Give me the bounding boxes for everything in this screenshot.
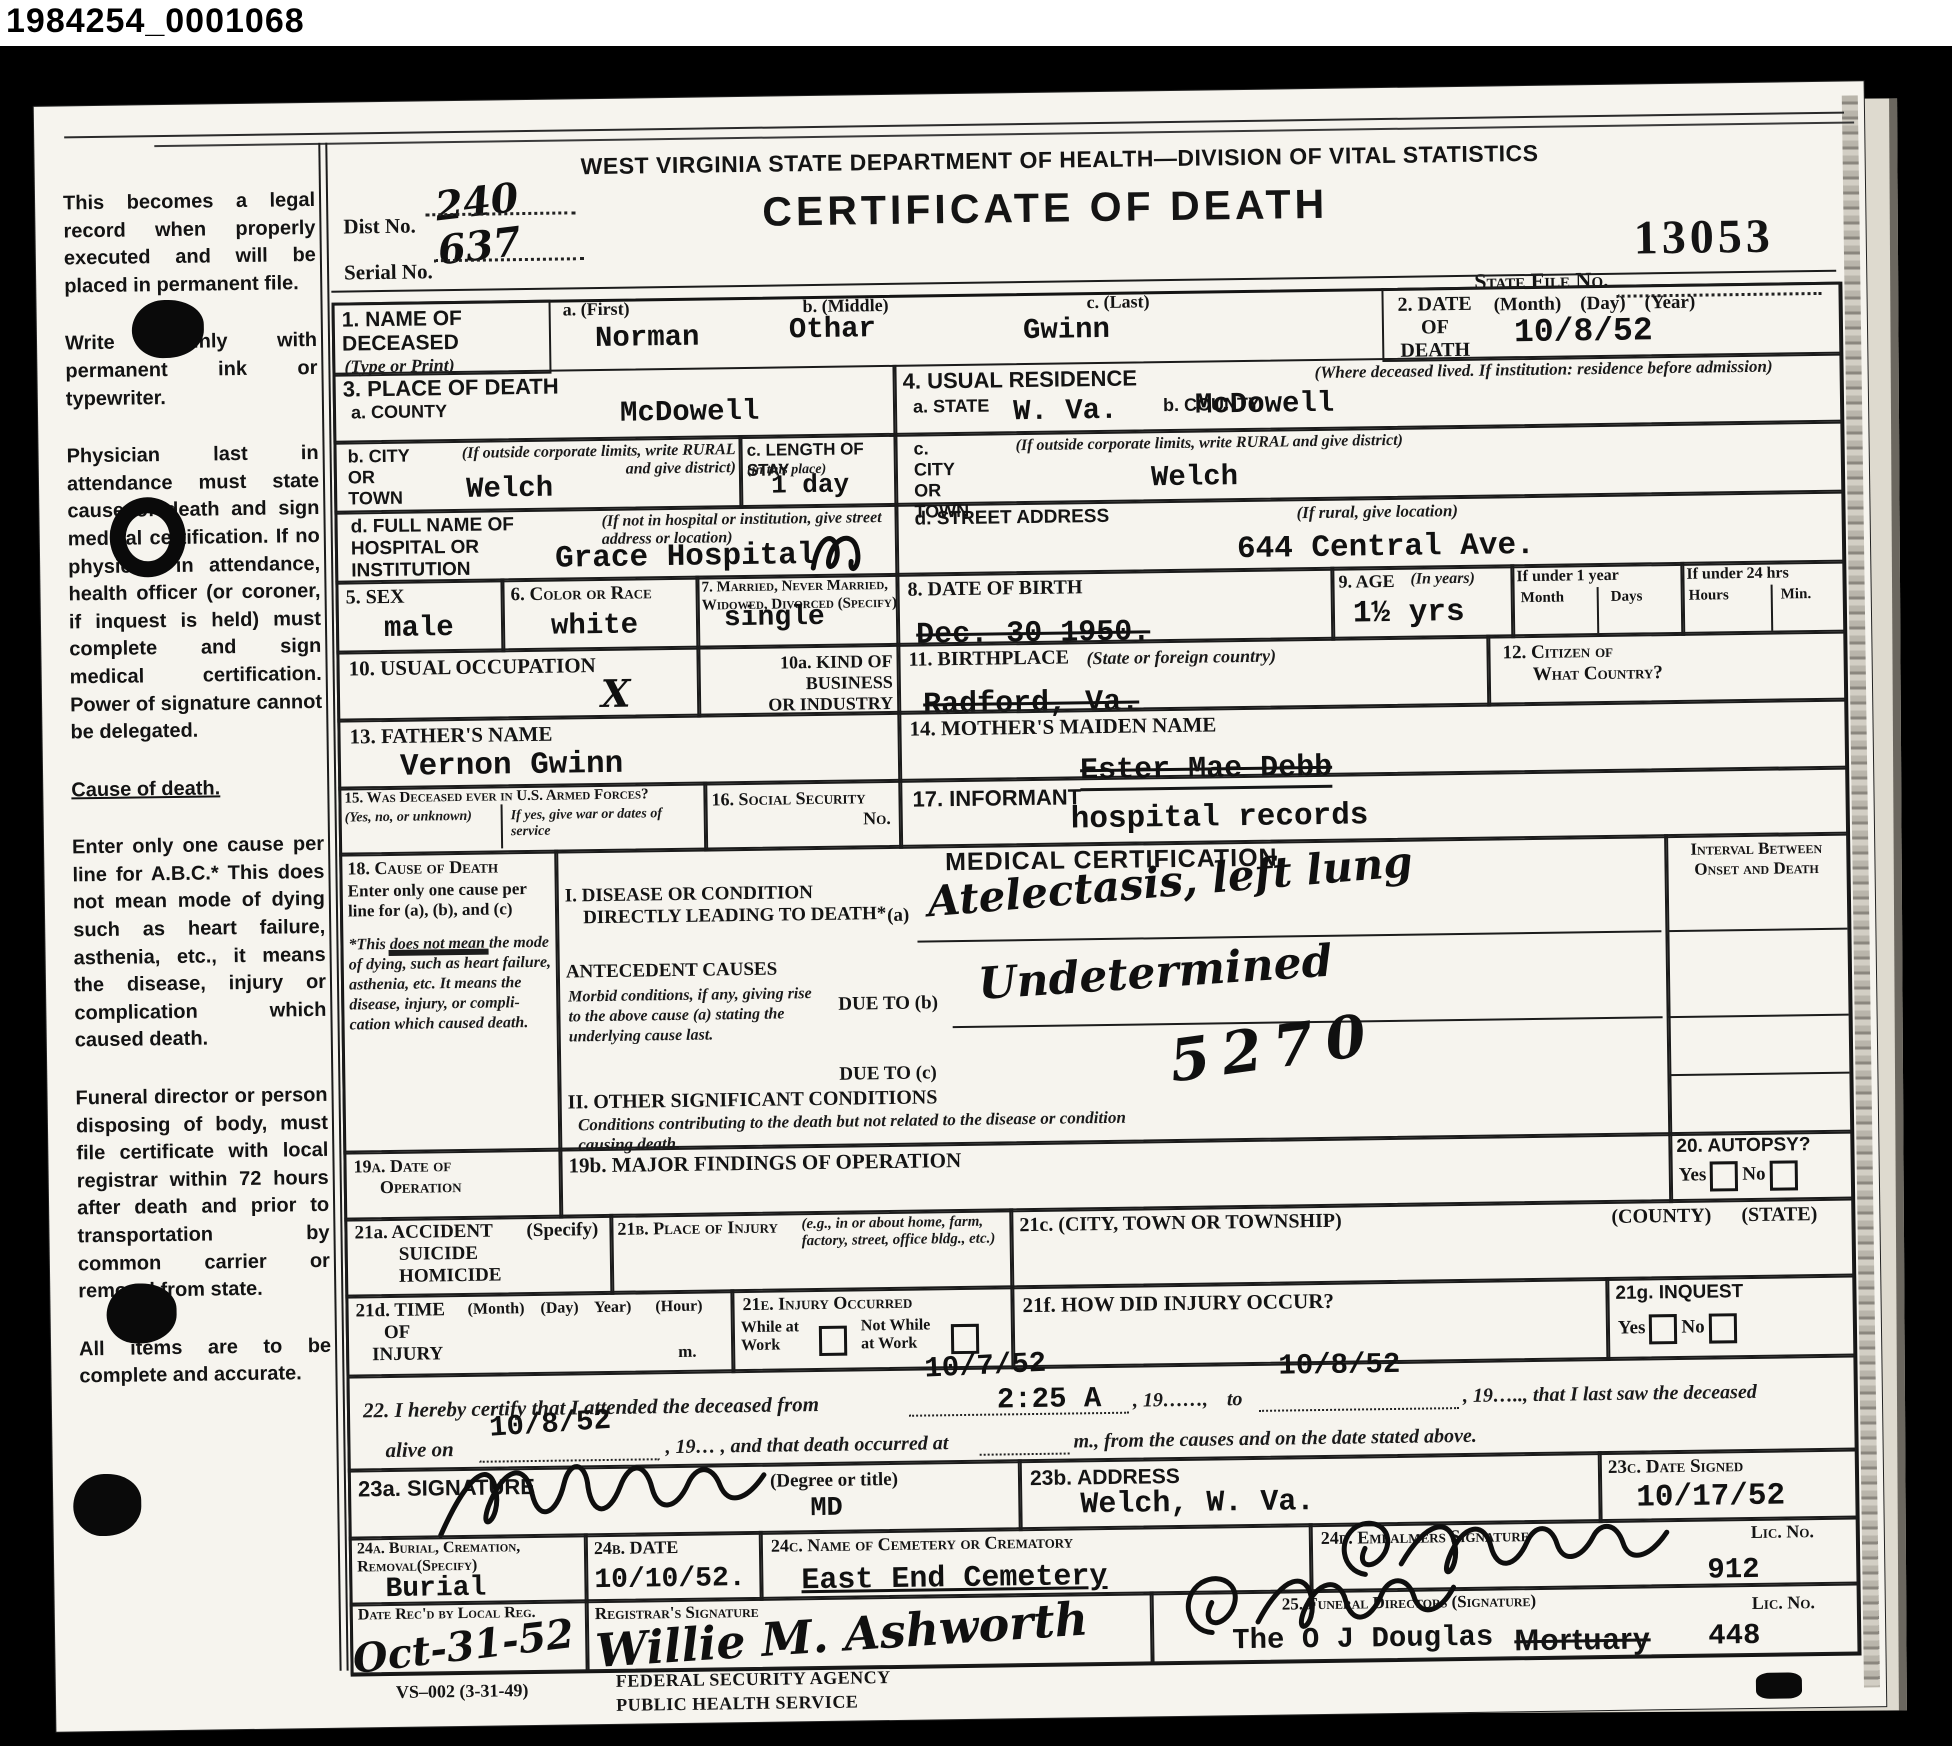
interval-line-a (1667, 928, 1847, 933)
accident-label3: HOMICIDE (399, 1264, 502, 1287)
scan-smudge (1756, 1672, 1802, 1699)
business-label: 10a. KIND OF BUSINESS (698, 645, 899, 696)
pod-county-value: McDowell (620, 395, 760, 430)
armed-forces-note2: If yes, give war or dates of service (511, 806, 701, 841)
scan-id: 1984254_0001068 (6, 2, 305, 41)
funeral-lic-label: Lic. No. (1752, 1592, 1815, 1614)
res-county-value: McDowell (1195, 387, 1335, 422)
place-of-injury-cell: 21b. Place of Injury (e.g., in or about … (609, 1208, 1014, 1295)
occupation-label: 10. USUAL OCCUPATION (348, 653, 595, 681)
time-label2: OF (384, 1322, 411, 1344)
how-injury-label: 21f. HOW DID INJURY OCCUR? (1022, 1289, 1334, 1318)
funeral-home-typed2: Mortuary (1514, 1622, 1651, 1658)
father-value: Vernon Gwinn (400, 747, 624, 785)
time-label3: INJURY (372, 1343, 443, 1366)
disease-label2: DIRECTLY LEADING TO DEATH* (583, 903, 886, 929)
serial-no-label: Serial No. (344, 259, 433, 285)
sex-cell: 5. SEX male (335, 578, 505, 654)
marital-label: 7. Married, Never Married, (701, 577, 888, 597)
cause-note2: *This does not mean the mode of dying, s… (342, 919, 559, 1036)
burial-date-label: 24b. DATE (594, 1537, 679, 1559)
margin-p5: Enter only one cause per line for A.B.C.… (72, 831, 327, 1055)
date-received-cell: Date Rec'd by Local Reg. Oct-31-52 (350, 1599, 590, 1674)
under-24h-label: If under 24 hrs (1686, 564, 1789, 583)
time-label: 21d. TIME (355, 1299, 445, 1322)
armed-forces-cell: 15. Was Deceased ever in U.S. Armed Forc… (338, 782, 708, 857)
scanned-death-certificate-page: 1984254_0001068 This becomes a legal rec… (0, 0, 1952, 1746)
antecedent-note: Morbid conditions, if any, giving rise t… (568, 984, 819, 1047)
accident-cell: 21a. ACCIDENT SUICIDE HOMICIDE (Specify) (344, 1214, 614, 1299)
margin-p7: All items are to be complete and accurat… (79, 1333, 332, 1392)
interval-cell: Interval Between Onset and Death (1664, 832, 1852, 1137)
injury-city-label: 21c. (CITY, TOWN OR TOWNSHIP) (1019, 1210, 1342, 1237)
date-of-death-cell: 2. DATE OF DEATH (Month) (Day) (Year) 10… (1381, 282, 1841, 362)
autopsy-label: 20. AUTOPSY? (1670, 1132, 1850, 1159)
medical-certification-cell: MEDICAL CERTIFICATION I. DISEASE OR COND… (554, 834, 1672, 1152)
subdivider (501, 804, 504, 848)
citizen-label2: What Country? (1489, 660, 1844, 687)
dob-label: 8. DATE OF BIRTH (907, 576, 1082, 601)
dob-cell: 8. DATE OF BIRTH Dec. 30 1950. (895, 567, 1335, 647)
under-24h-hours-label: Hours (1689, 587, 1729, 605)
pen-scribble (805, 523, 886, 576)
father-label: 13. FATHER'S NAME (349, 722, 552, 750)
sex-value: male (384, 611, 454, 645)
certify-to-value: 10/8/52 (1278, 1348, 1400, 1383)
interval-line-c (1669, 1072, 1849, 1077)
autopsy-no-label: No (1742, 1163, 1766, 1184)
name-label: 1. NAME OF DECEASED (334, 302, 550, 357)
first-name-value: Norman (547, 320, 777, 356)
margin-p3: Physician last in attendance must state … (66, 440, 322, 747)
subdivider (1771, 585, 1774, 631)
funeral-lic-value: 448 (1708, 1619, 1761, 1653)
interval-line-b (1669, 1014, 1849, 1019)
mother-value: Ester Mae Debb (1080, 751, 1333, 792)
date-signed-label: 23c. Date Signed (1608, 1455, 1744, 1479)
cause-c-value: 5270 (1165, 1000, 1382, 1096)
cause-label: 18. Cause of Death (341, 852, 556, 880)
armed-forces-note: (Yes, no, or unknown) (345, 809, 472, 827)
degree-value: MD (810, 1494, 843, 1524)
cemetery-label: 24c. Name of Cemetery or Crematory (771, 1531, 1073, 1556)
usual-residence-label: 4. USUAL RESIDENCE (902, 365, 1137, 394)
subdivider (1597, 587, 1600, 633)
certify-alive-value: 10/8/52 (488, 1404, 612, 1445)
street-label: d. STREET ADDRESS (914, 506, 1109, 531)
injury-county-label: (COUNTY) (1611, 1205, 1711, 1229)
street-value: 644 Central Ave. (1237, 528, 1535, 567)
pod-county-label: a. COUNTY (335, 401, 447, 423)
armed-forces-label: 15. Was Deceased ever in U.S. Armed Forc… (344, 786, 648, 807)
footer-agency: FEDERAL SECURITY AGENCY (616, 1667, 891, 1692)
race-label: 6. Color or Race (510, 582, 651, 606)
age-label: 9. AGE (1338, 571, 1394, 593)
embalmer-lic-value: 912 (1707, 1553, 1760, 1587)
sex-label: 5. SEX (345, 586, 404, 610)
cause-of-death-cell: 18. Cause of Death Enter only one cause … (339, 850, 562, 1155)
interval-label2: Onset and Death (1666, 858, 1846, 881)
birthplace-note: (State or foreign country) (1086, 646, 1276, 670)
name-label-cell: 1. NAME OF DECEASED (Type or Print) (332, 300, 552, 377)
while-at-work-label: While at Work (741, 1318, 817, 1355)
operation-date-label2: Operation (346, 1175, 561, 1199)
under-1-year-label: If under 1 year (1516, 567, 1619, 586)
occupation-cell: 10. USUAL OCCUPATION X (336, 646, 701, 723)
marital-cell: 7. Married, Never Married, Widowed, Divo… (695, 573, 900, 650)
dept-title: WEST VIRGINIA STATE DEPARTMENT OF HEALTH… (454, 138, 1664, 182)
res-state-value: W. Va. (1013, 394, 1118, 428)
under-1-month-label: Month (1521, 590, 1565, 608)
race-cell: 6. Color or Race white (500, 576, 700, 653)
under-1-year-cell: If under 1 year Month Days (1510, 562, 1685, 638)
time-m: m. (678, 1342, 697, 1362)
res-city-value: Welch (1151, 460, 1238, 494)
name-middle-cell: b. (Middle) Othar (776, 294, 967, 367)
operation-date-cell: 19a. Date of Operation (343, 1148, 563, 1222)
certificate-title: CERTIFICATE OF DEATH (685, 180, 1406, 237)
autopsy-yes-label: Yes (1679, 1164, 1707, 1185)
place-of-death-label: 3. PLACE OF DEATH (335, 367, 895, 403)
margin-instructions: This becomes a legal record when properl… (63, 187, 332, 1421)
interval-label: Interval Between (1666, 834, 1846, 861)
ssn-label2: No. (706, 808, 901, 832)
mother-label: 14. MOTHER'S MAIDEN NAME (909, 712, 1216, 741)
pod-city-label: b. CITY OR TOWN (348, 446, 419, 510)
margin-p4: Cause of death. (71, 774, 323, 805)
inquest-no-label: No (1681, 1316, 1705, 1337)
certify-from-value: 10/7/52 (924, 1347, 1047, 1386)
b-label: DUE TO (b) (838, 992, 938, 1015)
stay-value: 1 day (771, 470, 849, 501)
accident-specify: (Specify) (526, 1219, 598, 1242)
serial-no-value: 637 (435, 218, 523, 275)
accident-label2: SUICIDE (399, 1243, 479, 1266)
inquest-cell: 21g. INQUEST Yes No (1605, 1274, 1855, 1361)
ink-blot (73, 1473, 142, 1536)
inquest-label: 21g. INQUEST (1615, 1281, 1743, 1305)
state-file-number: 13053 (1633, 209, 1774, 266)
business-cell: 10a. KIND OF BUSINESS OR INDUSTRY (696, 643, 901, 718)
pod-city-cell: b. CITY OR TOWN (If outside corporate li… (333, 435, 743, 515)
place-of-injury-label: 21b. Place of Injury (617, 1217, 778, 1240)
injury-occurred-label: 21e. Injury Occurred (742, 1292, 912, 1315)
age-cell: 9. AGE (In years) 1½ yrs (1330, 564, 1515, 641)
usual-residence-note: (Where deceased lived. If institution: r… (1314, 356, 1814, 383)
while-at-work-checkbox (819, 1326, 847, 1356)
burial-date-value: 10/10/52. (594, 1563, 746, 1596)
age-note: (In years) (1410, 570, 1475, 589)
under-1-days-label: Days (1611, 588, 1643, 605)
informant-value: hospital records (1071, 798, 1369, 837)
margin-p6: Funeral director or person disposing of … (75, 1082, 330, 1306)
inquest-yes-checkbox (1649, 1314, 1677, 1344)
birthplace-label: 11. BIRTHPLACE (908, 646, 1069, 671)
res-city-note: (If outside corporate limits, write RURA… (1015, 432, 1403, 455)
footer-service: PUBLIC HEALTH SERVICE (616, 1691, 859, 1715)
degree-label: (Degree or title) (770, 1469, 898, 1493)
dist-no-label: Dist No. (343, 214, 416, 240)
first-label: a. (First) (546, 299, 629, 320)
inquest-no-checkbox (1708, 1313, 1736, 1343)
time-cols: (Month) (Day) Year) (Hour) (467, 1298, 702, 1319)
c-label: DUE TO (c) (839, 1062, 937, 1085)
certify-time-value: 2:25 A (997, 1382, 1102, 1416)
informant-label: 17. INFORMANT (912, 784, 1081, 812)
occupation-value: X (601, 671, 631, 716)
margin-p1: This becomes a legal record when properl… (63, 187, 317, 301)
under-24h-min-label: Min. (1781, 586, 1812, 603)
name-last-cell: c. (Last) Gwinn (966, 288, 1382, 364)
form-number: VS–002 (3-31-49) (396, 1680, 529, 1703)
time-of-injury-cell: 21d. TIME OF INJURY (Month) (Day) Year) … (345, 1289, 735, 1378)
hospital-cell: d. FULL NAME OF HOSPITAL OR INSTITUTION … (334, 503, 899, 585)
name-first-cell: a. (First) Norman (546, 297, 777, 370)
last-name-value: Gwinn (967, 309, 1382, 348)
operation-date-label: 19a. Date of (345, 1150, 560, 1178)
citizen-cell: 12. Citizen of What Country? (1486, 630, 1846, 707)
funeral-home-typed: The O J Douglas (1232, 1621, 1493, 1658)
certify-to-line (1259, 1407, 1459, 1412)
ssn-label: 16. Social Security (705, 781, 900, 811)
ssn-cell: 16. Social Security No. (703, 779, 903, 852)
certify-l1c: to (1227, 1388, 1243, 1411)
address-value: Welch, W. Va. (1080, 1485, 1314, 1522)
not-while-at-work-label: Not While at Work (861, 1316, 941, 1353)
death-certificate-paper: This becomes a legal record when properl… (34, 81, 1887, 1731)
hospital-value: Grace Hospital (555, 538, 816, 577)
certify-l1b: , 19……, (1133, 1389, 1208, 1413)
res-state-label: a. STATE (913, 396, 990, 418)
place-of-death-cell: 3. PLACE OF DEATH a. COUNTY McDowell (332, 365, 897, 445)
middle-name-value: Othar (777, 311, 967, 347)
father-cell: 13. FATHER'S NAME Vernon Gwinn (337, 711, 902, 791)
scan-id-bar: 1984254_0001068 (0, 0, 1952, 46)
certify-l2c: m., from the causes and on the date stat… (1073, 1425, 1477, 1454)
injury-state-label: (STATE) (1741, 1203, 1817, 1227)
pod-city-value: Welch (466, 472, 553, 506)
race-value: white (551, 608, 638, 642)
date-of-death-label: 2. DATE OF DEATH (1389, 293, 1480, 363)
certify-at-line (980, 1453, 1070, 1456)
autopsy-no-checkbox (1769, 1160, 1797, 1190)
street-note: (If rural, give location) (1296, 501, 1458, 523)
a-label: (a) (887, 905, 909, 927)
inquest-yes-label: Yes (1618, 1317, 1646, 1338)
cause-b-value: Undetermined (977, 936, 1334, 1010)
date-of-death-value: 10/8/52 (1514, 312, 1653, 351)
age-value: 1½ yrs (1353, 595, 1465, 632)
place-of-injury-note: (e.g., in or about home, farm, factory, … (801, 1213, 1001, 1250)
marital-value: single (724, 602, 825, 634)
funeral-director-cell: 25. Funeral Directors (Signature) The O … (1150, 1582, 1860, 1664)
cause-note: Enter only one cause per line for (a), (… (342, 877, 558, 922)
autopsy-cell: 20. AUTOPSY? Yes No (1668, 1130, 1853, 1204)
embalmer-lic-label: Lic. No. (1751, 1521, 1814, 1543)
burial-label: 24a. Burial, Crema­tion, Removal(Specify… (351, 1535, 587, 1577)
accident-label: 21a. ACCIDENT (354, 1221, 493, 1245)
length-of-stay-cell: c. LENGTH OF STAY (in this place) 1 day (738, 433, 898, 509)
last-label: c. (Last) (966, 291, 1149, 314)
antecedent-label: ANTECEDENT CAUSES (566, 959, 778, 984)
under-24h-cell: If under 24 hrs Hours Min. (1680, 560, 1845, 636)
certify-l1d: , 19….., that I last saw the deceased (1463, 1381, 1757, 1408)
autopsy-yes-checkbox (1710, 1161, 1738, 1191)
burial-date-cell: 24b. DATE 10/10/52. (584, 1531, 764, 1603)
registrar-cell: Registrar's Signature Willie M. Ashworth (585, 1591, 1155, 1671)
burial-cell: 24a. Burial, Crema­tion, Removal(Specify… (349, 1533, 589, 1606)
